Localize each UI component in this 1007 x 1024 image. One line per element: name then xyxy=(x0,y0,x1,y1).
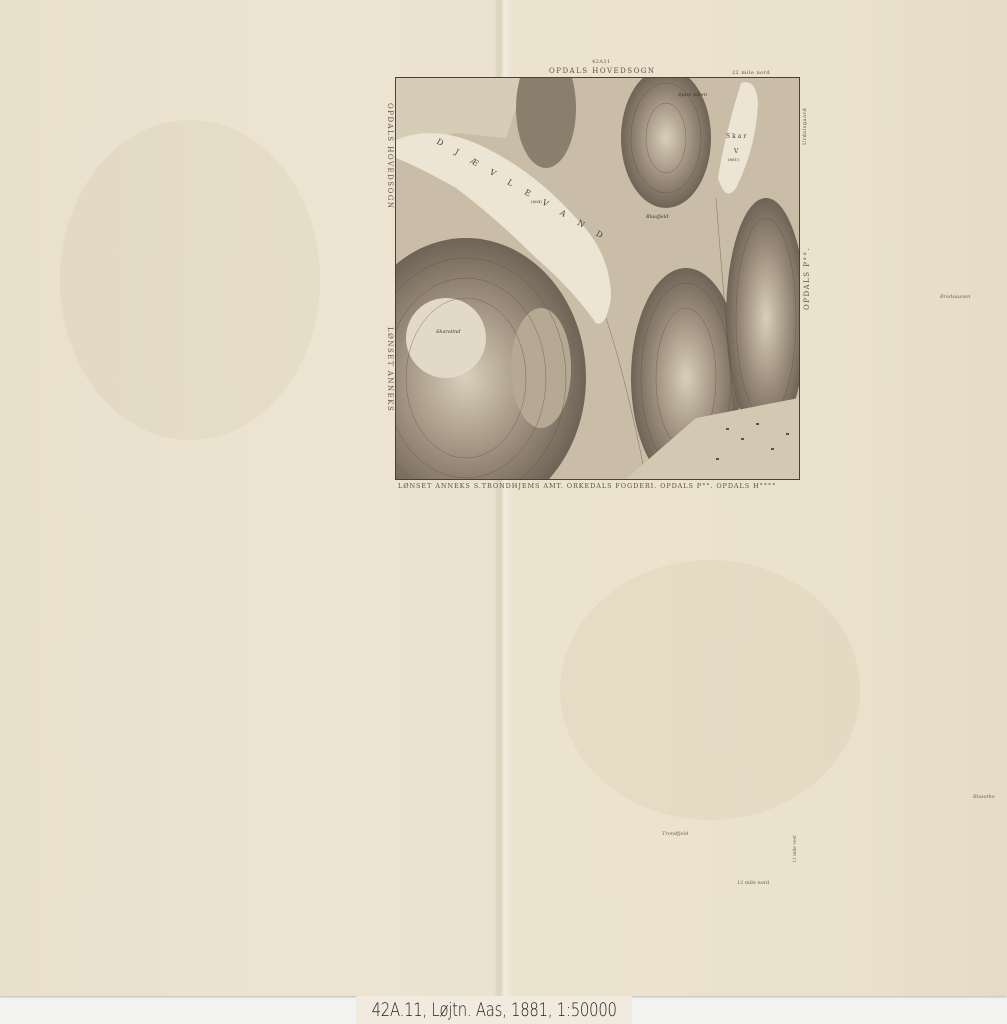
catalog-label-text: 42A.11, Løjtn. Aas, 1881, 1:50000 xyxy=(371,999,616,1021)
topographic-map[interactable]: D J Æ V L E V A N D (664) Skar V (881) S… xyxy=(395,77,800,480)
top-title: OPDALS HOVEDSOGN xyxy=(549,67,656,75)
note-right-upper: Bredsaunen xyxy=(940,294,970,300)
paper-stain xyxy=(560,560,860,820)
peak-label: Spiss piken xyxy=(678,92,707,98)
lake-elevation: (664) xyxy=(531,199,542,204)
paper-stain xyxy=(60,120,320,440)
lake-right-elevation: (881) xyxy=(728,157,739,162)
peak-label: Blaafjeld xyxy=(645,214,668,220)
right-margin: OPDALS P°°. xyxy=(803,247,811,310)
lake-right-letter: V xyxy=(733,148,739,155)
sheet-number: 42A11 xyxy=(592,59,611,65)
right-margin-top-note: Urdalsgaard xyxy=(802,108,808,145)
note-right-lower: Rissetho xyxy=(973,794,995,800)
left-margin-top: OPDALS HOVEDSOGN xyxy=(386,103,394,210)
lake-right-label: Skar xyxy=(726,133,748,140)
top-right-note: 22 mile nord xyxy=(732,70,770,76)
note-bottom: 12 mile nord xyxy=(737,880,769,886)
note-vertical: 11 mile vest xyxy=(793,835,798,863)
left-margin-bottom: LØNSET ANNEKS xyxy=(386,327,394,412)
catalog-label: 42A.11, Løjtn. Aas, 1881, 1:50000 xyxy=(356,996,632,1024)
bottom-title: LØNSET ANNEKS S.TRONDHJEMS AMT. ORKEDALS… xyxy=(398,482,776,490)
map-graphic: D J Æ V L E V A N D (664) Skar V (881) S… xyxy=(396,78,799,479)
peak-label: Skarstind xyxy=(436,329,460,335)
note-center-lower: Trondfjeld xyxy=(662,831,688,837)
map-sheet: 42A11 OPDALS HOVEDSOGN 22 mile nord OPDA… xyxy=(0,0,1007,996)
